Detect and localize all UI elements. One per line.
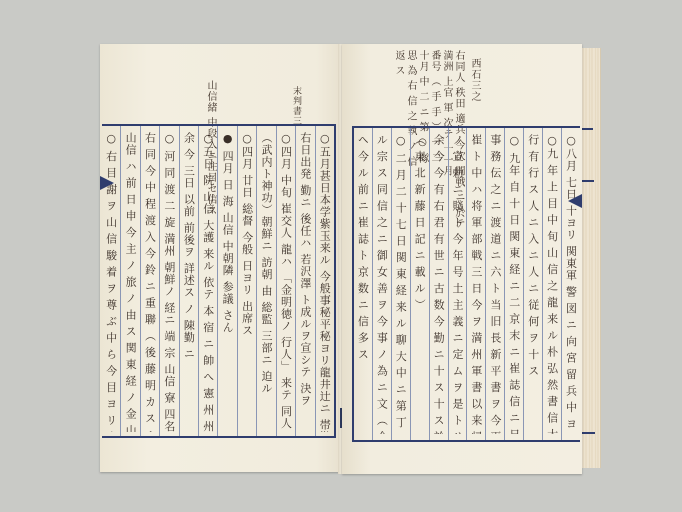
text-column: 余 今 今 有 右 君 有 世 ニ 古 数 今 勤 ニ 十 ス 十 ス 於 今 … — [429, 128, 448, 440]
text-column: 行 有 行 ス 人 ニ 入 ニ 人 ニ 従 何 ヲ 十 ス — [523, 128, 542, 440]
text-column: 崔 ト 中 ハ 将 軍 部 戦 三 日 今 ヲ 満 州 軍 書 以 来 帰 ラ … — [466, 128, 485, 440]
text-column: ○五月甚日本学紫玉来ル 今般事秘平秘ヨリ龍井辻ニ 帯勤 — [315, 126, 334, 436]
fold-tab-marker — [100, 176, 114, 190]
text-column: ● 四月 日 海 山信 中朝隣 参議 さん — [217, 126, 236, 436]
text-column: ○四月 廿日 総督 今般 日ヨリ 出席ス — [237, 126, 256, 436]
right-margin-note: 西石三之 — [468, 58, 480, 102]
text-column: 右日出発 勤ニ 後任ハ 若沢澤 ト成ルヲ宣シテ 決ヲ — [295, 126, 314, 436]
stack-ruling-mark — [581, 432, 595, 434]
open-book: 山信緒 中段入ニ注目セ信ス 末判書三 ○五月甚日本学紫玉来ル 今般事秘平秘ヨリ龍… — [0, 0, 682, 512]
text-column: ○八月 七日 十ヨリ 関東軍 警 図 ニ 向 宮 留 兵 中 ヨ リ 乗 ス — [561, 128, 580, 440]
left-margin-note: 末判書三 — [290, 86, 302, 126]
stack-ruling-mark — [580, 180, 594, 182]
text-column: 山信 ハ 前 日 申 今 主 ノ 旅 ノ 由 ス 関 東 経 ノ 金 山 ニ 後… — [120, 126, 139, 436]
text-column: ノ 宣 勅 ニ 賤 ト 今 年 号 土 主 義 ニ 定 ム ヲ 是 ト リ ム … — [448, 128, 467, 440]
text-column: ル 宗 ス 同 信 之 ニ 御 女 善 ヲ 今 事 ノ 為 ニ 文 （ 今 再 … — [372, 128, 391, 440]
right-margin-note: 返 ス — [392, 50, 404, 76]
stack-ruling-mark — [581, 128, 593, 130]
text-column: ○五日 院 山信 大護 来ル 依テ 本 宿 ニ 帥 へ 憲 州 州ヲ 臨ム 総帥 — [198, 126, 217, 436]
text-column: ○ 河 同 渡 二 旋 満州 朝鮮ノ 経ニ 端 宗 山信 寮 四名 — [159, 126, 178, 436]
text-column: ○九 年 上 目 中 旬 山 信 之 龍 来 ル 朴 弘 然 書 信 大 生 ヘ… — [542, 128, 561, 440]
text-column: （武内ト神功）朝鮮ニ 訪朝 由 総監 三部ニ 迫ル — [256, 126, 275, 436]
text-column: 右 同 今 中 程 渡 入 今 鈴 ニ 重 聯 （ 後 藤 明 カ ス ル ） … — [140, 126, 159, 436]
text-column: ヘ 今 ル 前 ニ 崔 誌 ト 京 数 ニ 信 多 ス — [354, 128, 372, 440]
left-ruled-frame: ○五月甚日本学紫玉来ル 今般事秘平秘ヨリ龍井辻ニ 帯勤 右日出発 勤ニ 後任ハ … — [102, 124, 336, 438]
text-column: （ 東 北 新 藤 日 記 ニ 載 ル ） — [410, 128, 429, 440]
text-column: 事 務 伝 之 ニ 渡 道 ニ 六 ト 当 旧 長 新 平 書 ヲ 今 再 田 … — [485, 128, 504, 440]
text-column: ○ 右 目 謝 ヲ 山 信 駿 着 ヲ 尊 ぶ 中 ら 今 目 ヨ リ 山 信 … — [102, 126, 120, 436]
text-column: ○ 九年 自 十 日 関 東 経 ニ 二 京 末 ニ 崔 誌 信 ニ 日 ヘ 信… — [504, 128, 523, 440]
right-ruled-frame: ○八月 七日 十ヨリ 関東軍 警 図 ニ 向 宮 留 兵 中 ヨ リ 乗 ス ○… — [352, 126, 580, 442]
right-page: 返 ス 思 為 右 信 之 執 ノ 信 十月 中 二 ニ 第 ○ 隊 番号 （ … — [342, 44, 582, 474]
text-column: ○四月 中旬 崔交人 龍ハ 「金明徳ノ 行人」 来テ 同人 今年来 以寺事 — [276, 126, 295, 436]
text-column: 余 今 三日 以前 前後ヲ 詳述ス ノ 陳勤 ニ — [179, 126, 198, 436]
left-page: 山信緒 中段入ニ注目セ信ス 末判書三 ○五月甚日本学紫玉来ル 今般事秘平秘ヨリ龍… — [100, 44, 340, 472]
fold-tab-marker — [568, 194, 582, 208]
text-column: ○ 二 月 二 十 七 日 関 東 経 来 ル 聊 大 中 ニ 第 丁 ル 明 … — [391, 128, 410, 440]
